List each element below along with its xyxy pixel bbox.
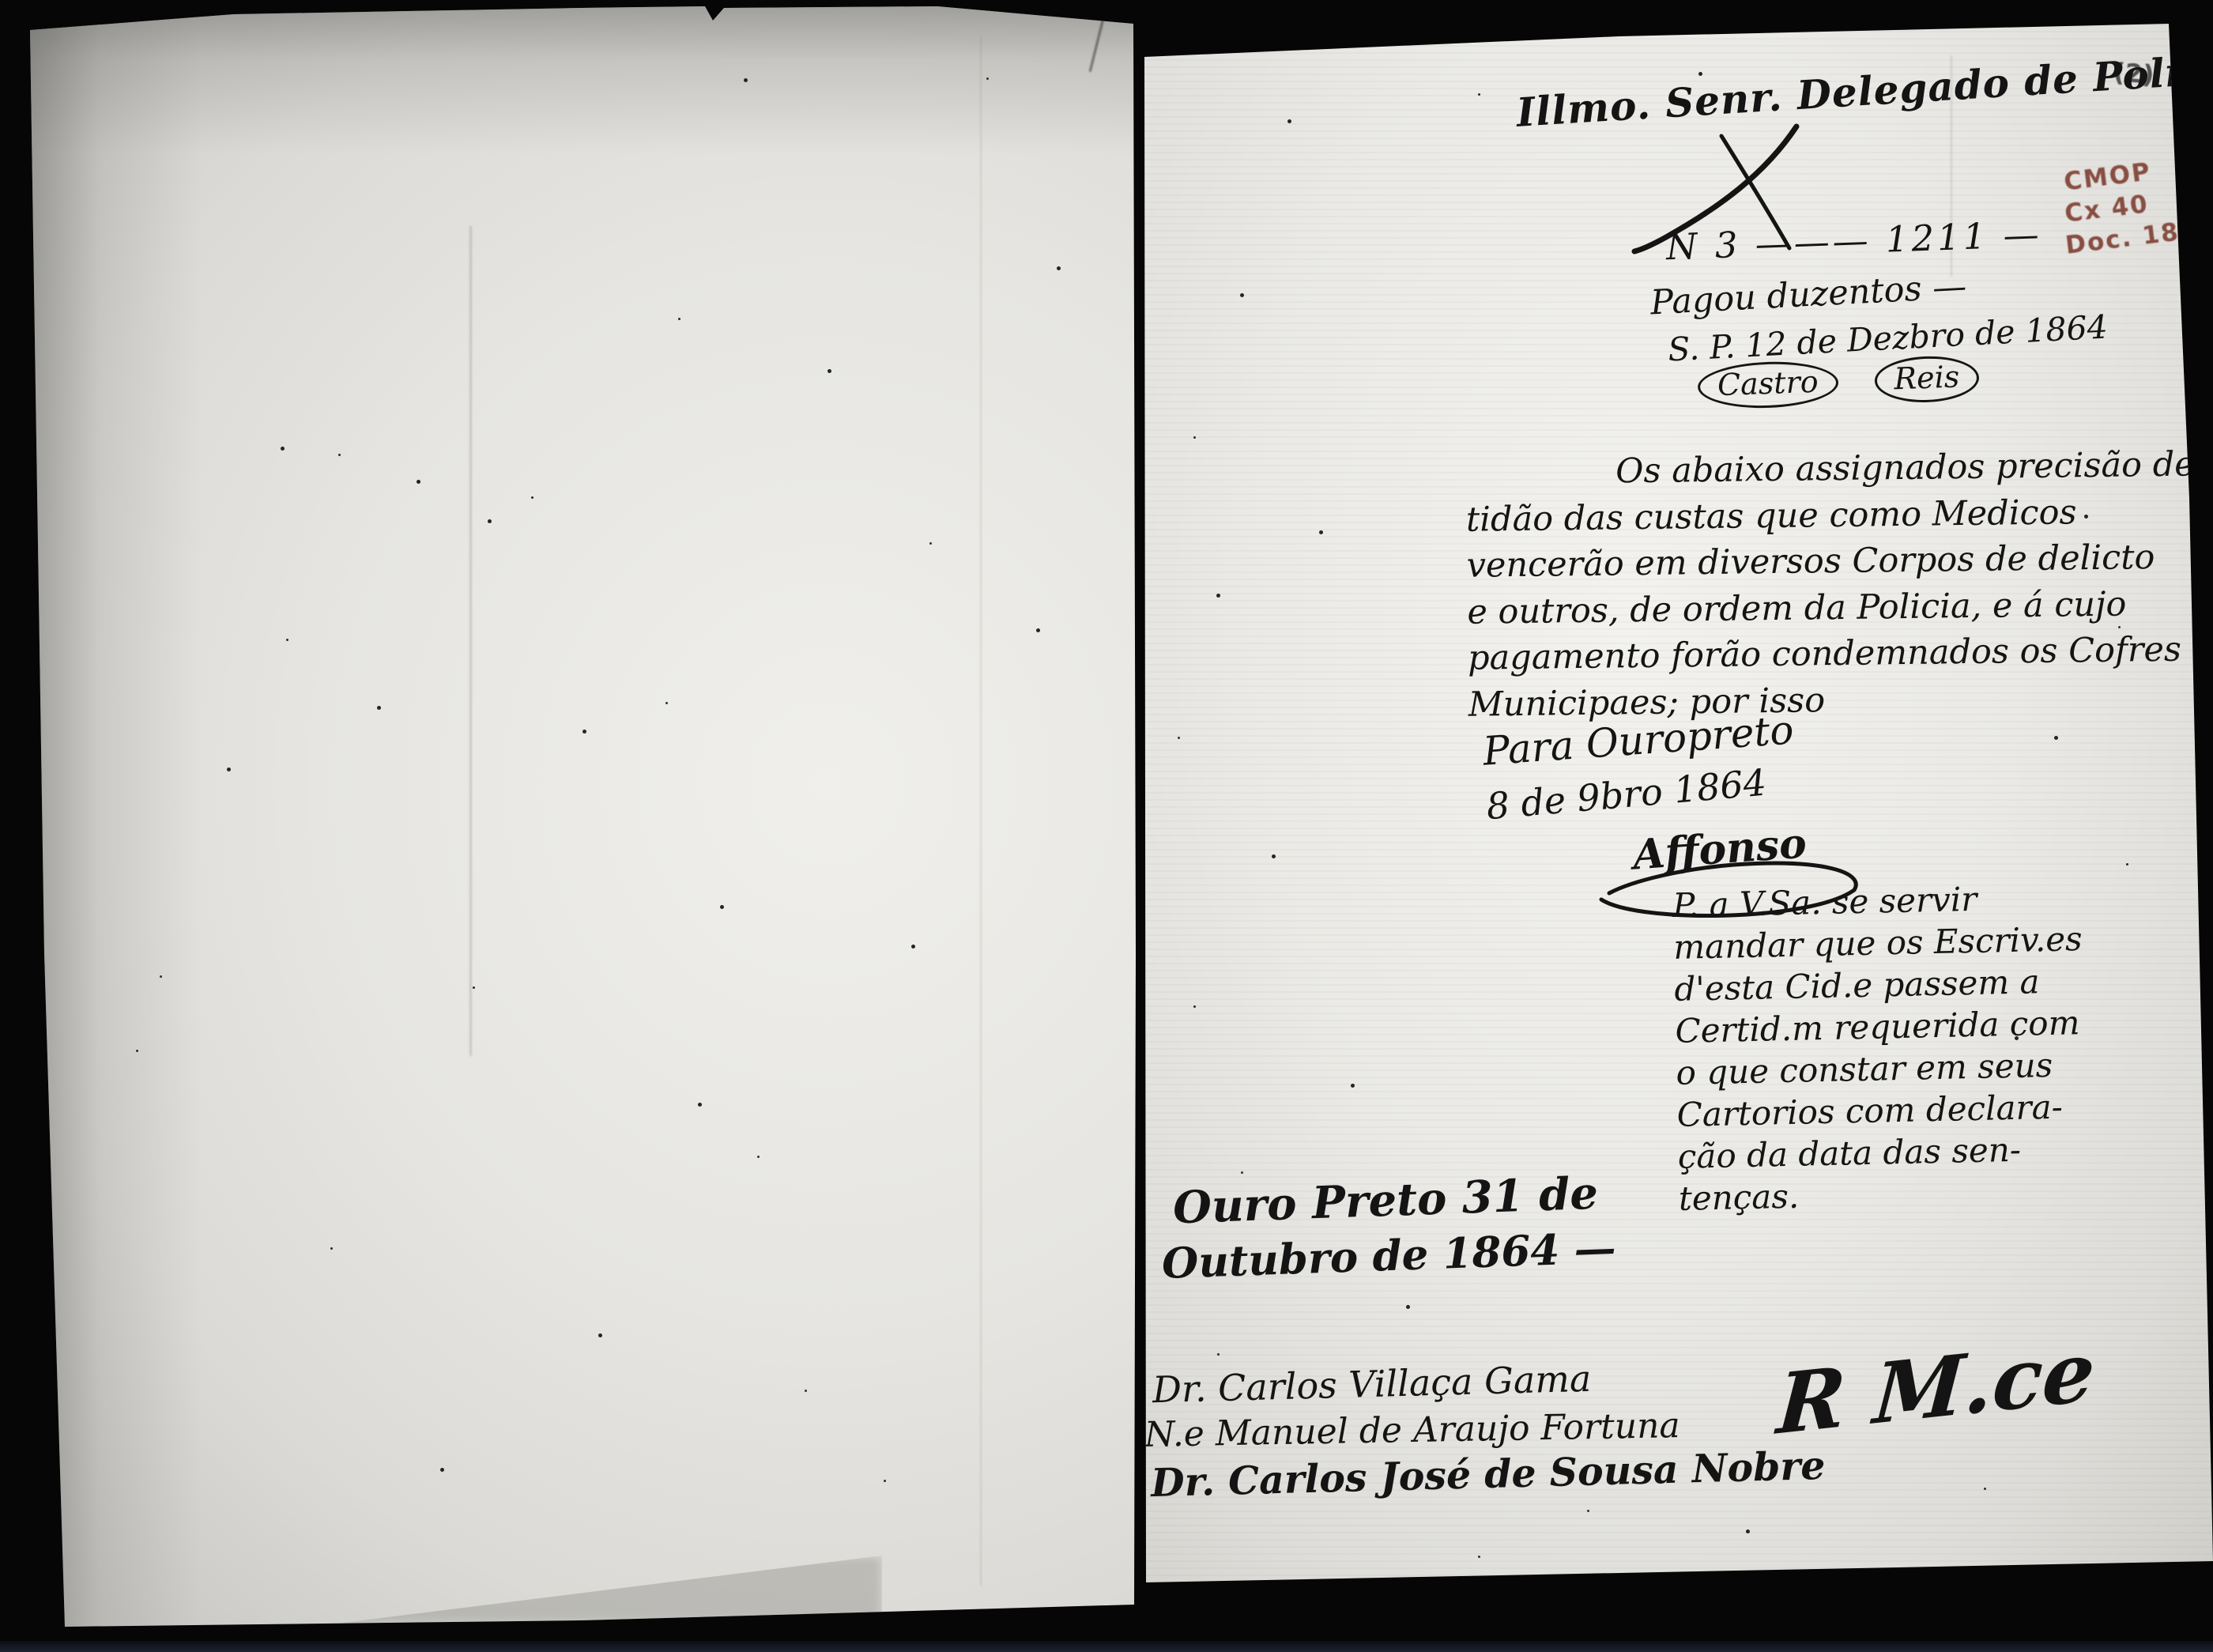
clerk-signature-castro: Castro — [1697, 360, 1838, 410]
fold-shadow — [337, 1556, 882, 1624]
clerk-signature-reis: Reis — [1874, 355, 1981, 405]
body-line-1: Os abaixo assignados precisão de Cer- — [1615, 441, 2209, 495]
paper-crease — [469, 226, 472, 1056]
despatch-signature: Affonso — [1631, 819, 1808, 879]
body-line-5: pagamento forão condemnados os Cofres — [1468, 626, 2211, 681]
dateline-date: Outubro de 1864 — — [1161, 1224, 1617, 1288]
body-line-6: Municipaes; por isso — [1468, 673, 2211, 728]
archive-stamp: CMOP Cx 40 Doc. 18 — [2062, 153, 2181, 261]
corner-tear — [1089, 6, 1108, 72]
petition-request: P. a V.Sa. se servir mandar que os Escri… — [1672, 873, 2201, 1220]
scanned-document-canvas: (2) CMOP Cx 40 Doc. 18 Illmo. Senr. Dele… — [0, 0, 2213, 1652]
dust-specks — [1144, 24, 1147, 26]
dust-specks — [28, 5, 31, 7]
petition-body: Os abaixo assignados precisão de Cer- ti… — [1465, 441, 2211, 727]
scanner-bed-edge — [0, 1641, 2213, 1652]
salutation-line: Illmo. Senr. Delegado de Policia — [1515, 47, 2212, 136]
body-line-3: vencerão em diversos Corpos de delicto — [1466, 534, 2210, 589]
manuscript-page: (2) CMOP Cx 40 Doc. 18 Illmo. Senr. Dele… — [1144, 24, 2213, 1587]
left-blank-page — [28, 5, 1137, 1627]
docket-paid-line: Pagou duzentos — — [1649, 267, 1967, 323]
paper-crease — [980, 36, 982, 1586]
dateline-place: Ouro Preto 31 de — [1172, 1167, 1599, 1235]
petitioner-signature-1: Dr. Carlos Villaça Gama — [1152, 1357, 1592, 1412]
docket-number-line: N 3 ——— 1211 — — [1665, 213, 2042, 269]
rubric-signature: R M.ce — [1774, 1322, 2098, 1454]
